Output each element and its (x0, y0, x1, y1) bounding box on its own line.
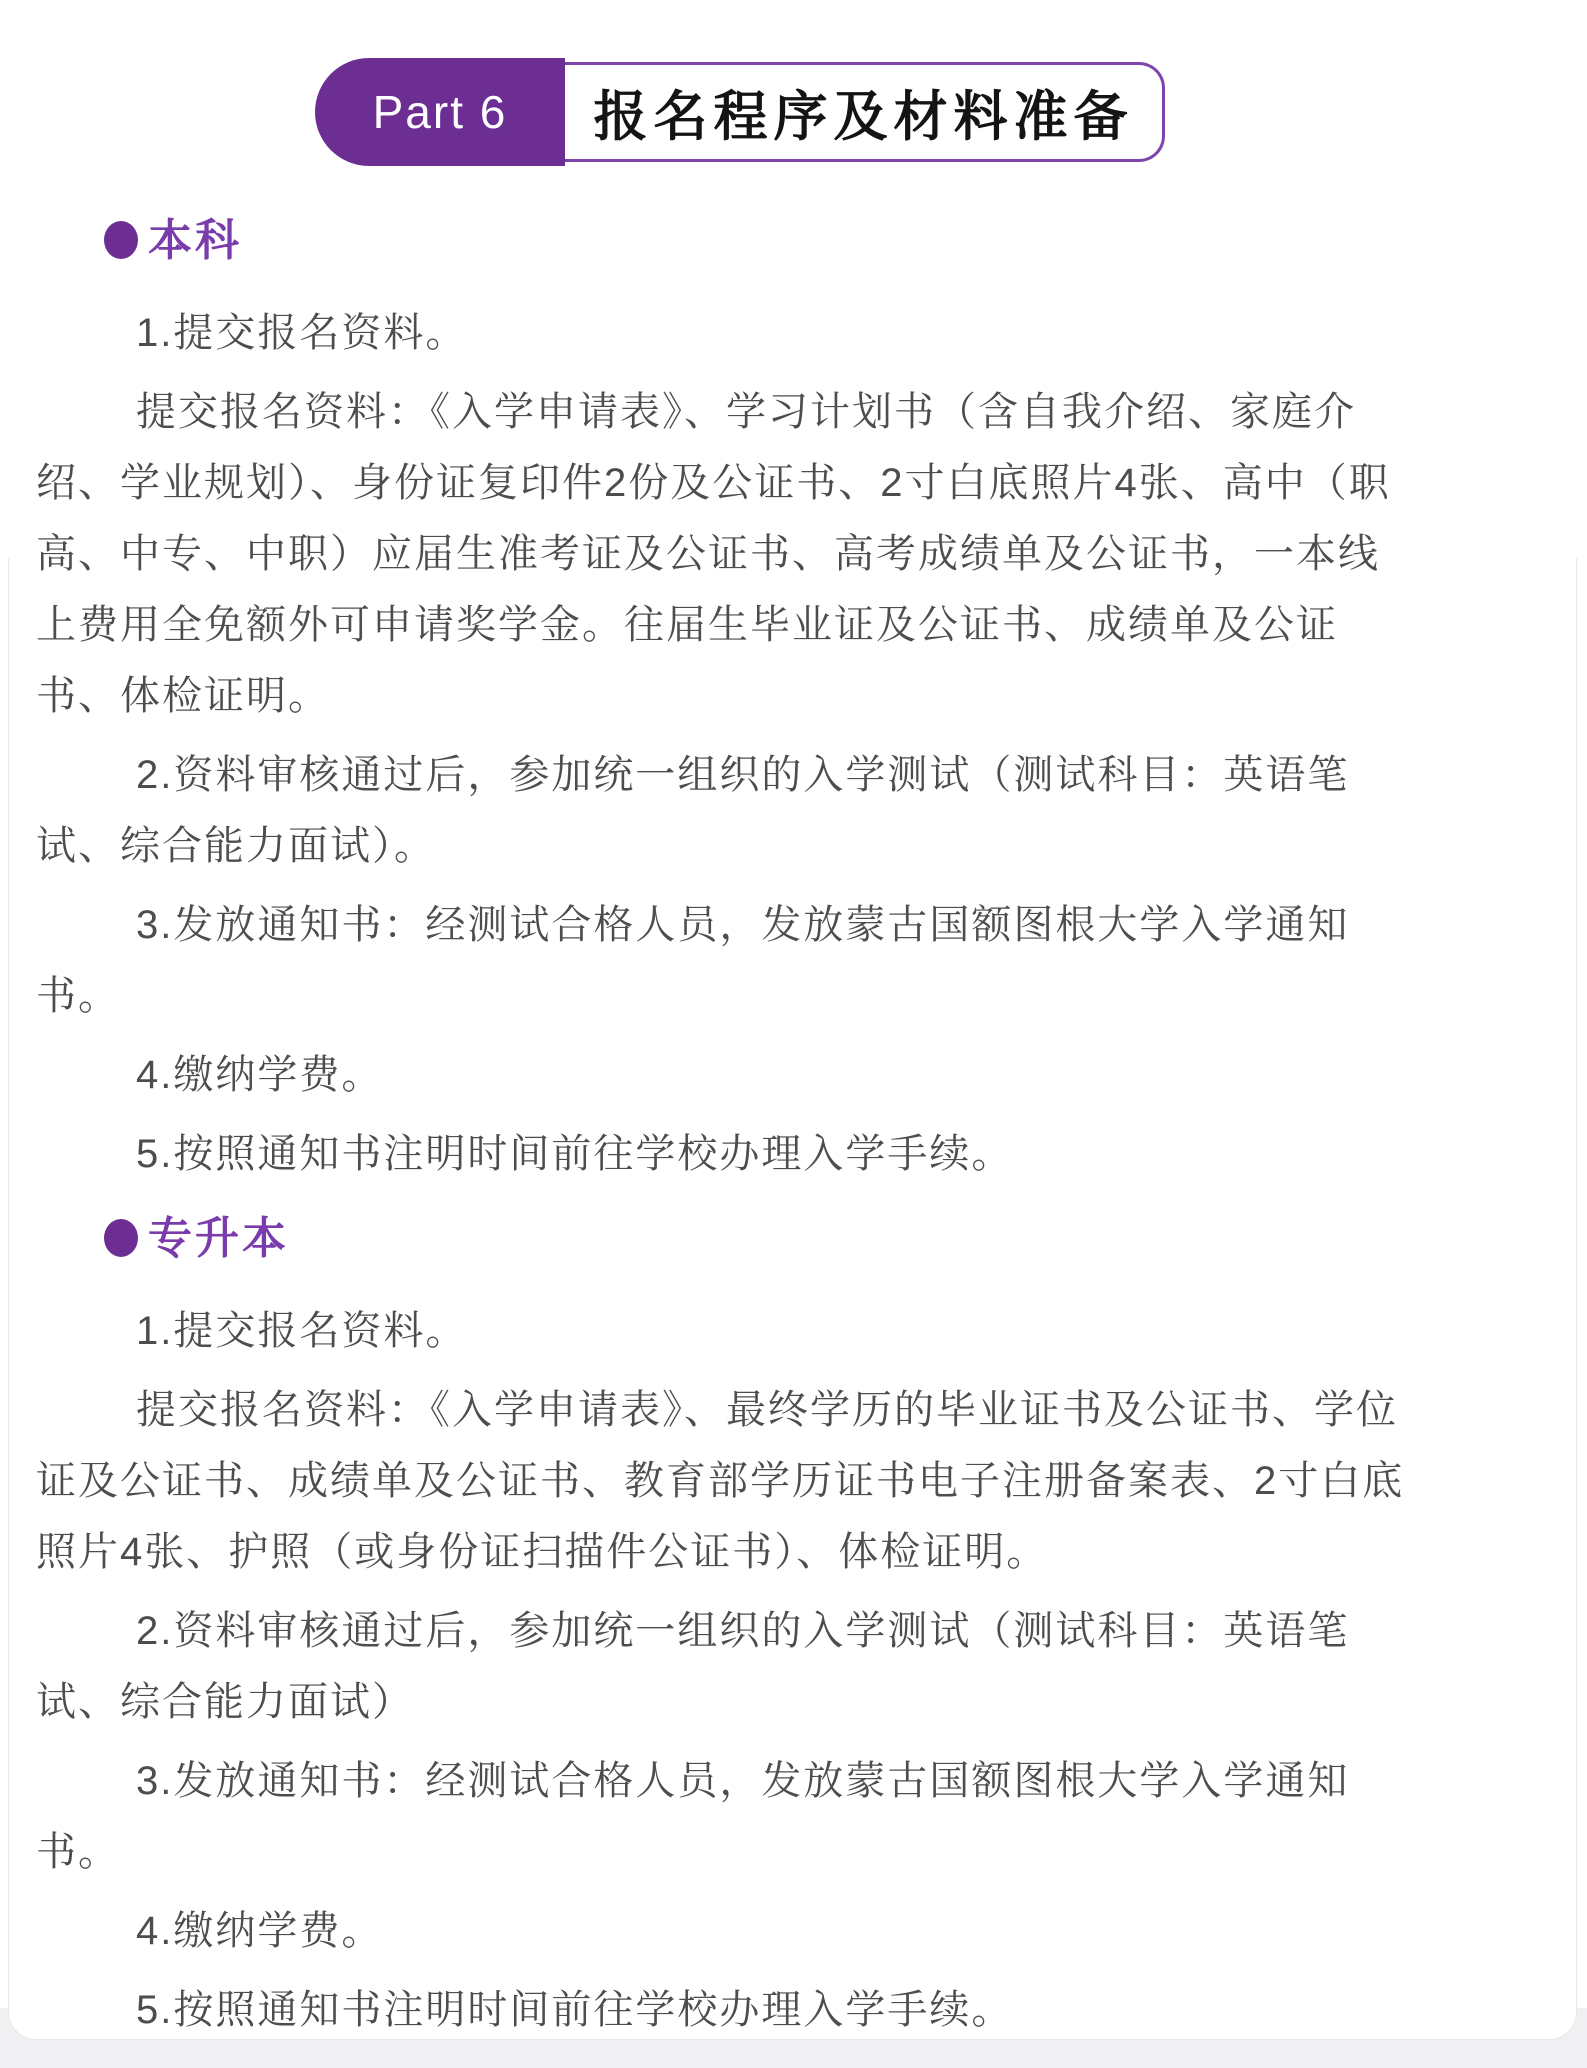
section-heading-undergraduate: 本科 (104, 212, 1416, 268)
banner-title-box: 报名程序及材料准备 (565, 62, 1165, 162)
part-badge-label: Part 6 (373, 85, 508, 139)
step-5-enrollment: 5.按照通知书注明时间前往学校办理入学手续。 (36, 1119, 1416, 1190)
page: Part 6 报名程序及材料准备 本科 1.提交报名资料。 提交报名资料：《入学… (0, 0, 1587, 2068)
content: Part 6 报名程序及材料准备 本科 1.提交报名资料。 提交报名资料：《入学… (0, 0, 1587, 2054)
section-heading-college-upgrade: 专升本 (104, 1210, 1416, 1266)
section-heading-label: 专升本 (148, 1203, 289, 1274)
section-heading-label: 本科 (148, 205, 242, 276)
document-body: 本科 1.提交报名资料。 提交报名资料：《入学申请表》、学习计划书（含自我介绍、… (0, 212, 1587, 2046)
step-3-admission-letter: 3.发放通知书：经测试合格人员，发放蒙古国额图根大学入学通知书。 (36, 1746, 1416, 1888)
step-1-submit-materials: 1.提交报名资料。 (36, 298, 1416, 369)
step-2-entrance-test: 2.资料审核通过后，参加统一组织的入学测试（测试科目：英语笔试、综合能力面试） (36, 1596, 1416, 1738)
step-1-submit-materials: 1.提交报名资料。 (36, 1296, 1416, 1367)
step-4-pay-tuition: 4.缴纳学费。 (36, 1040, 1416, 1111)
part-badge: Part 6 (315, 58, 565, 166)
page-title: 报名程序及材料准备 (594, 74, 1134, 151)
step-4-pay-tuition: 4.缴纳学费。 (36, 1896, 1416, 1967)
bullet-icon (104, 1219, 138, 1257)
step-5-enrollment: 5.按照通知书注明时间前往学校办理入学手续。 (36, 1975, 1416, 2046)
materials-detail-paragraph: 提交报名资料：《入学申请表》、学习计划书（含自我介绍、家庭介绍、学业规划）、身份… (36, 377, 1416, 732)
step-2-entrance-test: 2.资料审核通过后，参加统一组织的入学测试（测试科目：英语笔试、综合能力面试）。 (36, 740, 1416, 882)
section-banner: Part 6 报名程序及材料准备 (315, 57, 1587, 167)
materials-detail-paragraph: 提交报名资料：《入学申请表》、最终学历的毕业证书及公证书、学位证及公证书、成绩单… (36, 1375, 1416, 1588)
step-3-admission-letter: 3.发放通知书：经测试合格人员，发放蒙古国额图根大学入学通知书。 (36, 890, 1416, 1032)
bullet-icon (104, 221, 138, 259)
